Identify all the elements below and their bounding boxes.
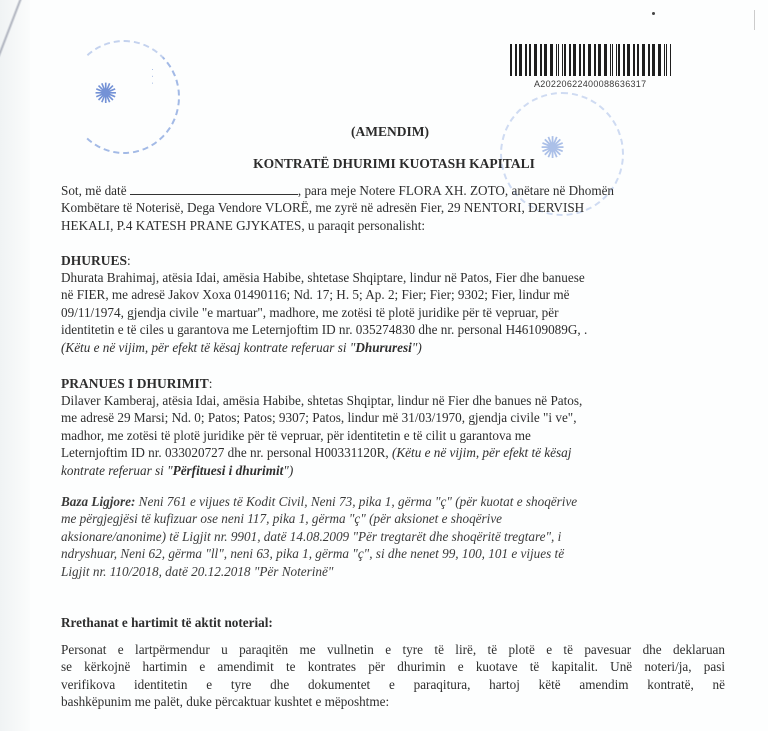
intro-paragraph: Sot, më datë , para meje Notere FLORA XH… [61, 182, 721, 234]
recipient-heading: PRANUES I DHURIMIT: [61, 375, 721, 392]
legal-basis-line: ndryshuar, Neni 62, gërma "ll", neni 63,… [61, 545, 721, 562]
recipient-line: Leternjoftim ID nr. 033020727 dhe nr. pe… [61, 444, 721, 461]
circumstances-line: bashkëpunim me palët, duke përcaktuar ku… [61, 693, 725, 710]
donor-reference-term: Dhururesi [355, 340, 411, 355]
legal-basis-line: aksionare/anonime) të Ligjit nr. 9901, d… [61, 528, 721, 545]
recipient-reference: kontrate referuar si "Përfituesi i dhuri… [61, 462, 721, 479]
intro-line3: HEKALI, P.4 KATESH PRANE GJYKATES, u par… [61, 217, 721, 234]
legal-basis-line: me përgjegjësi të kufizuar ose neni 117,… [61, 510, 721, 527]
circumstances-line: se kërkojnë hartimin e amendimit te kont… [61, 658, 725, 675]
eagle-emblem-icon: ✺ [94, 80, 117, 108]
recipient-reference-term: Përfituesi i dhurimit [173, 463, 284, 478]
legal-basis: Baza Ligjore: Neni 761 e vijues të Kodit… [61, 493, 721, 580]
date-blank-field [130, 182, 298, 195]
donor-line: identitetin e të ciles u garantova me Le… [61, 321, 721, 338]
document-page: ✺ · · · ✺ A20220622400088636317 (AMENDIM… [0, 0, 768, 731]
circumstances-line: Personat e lartpërmendur u paraqitën me … [61, 641, 725, 658]
donor-line: në FIER, me adresë Jakov Xoxa 01490116; … [61, 286, 721, 303]
intro-prefix: Sot, më datë [61, 183, 127, 198]
donor-line: 09/11/1974, gjendja civile "e martuar", … [61, 304, 721, 321]
circumstances-line: verifikova identitetin e tyre dhe dokume… [61, 676, 725, 693]
legal-basis-label: Baza Ligjore: [61, 494, 135, 509]
circumstances-paragraph: Personat e lartpërmendur u paraqitën me … [61, 641, 725, 711]
intro-line1: , para meje Notere FLORA XH. ZOTO, anëta… [298, 183, 614, 198]
intro-line2: Kombëtare të Noterisë, Dega Vendore VLOR… [61, 199, 721, 216]
page-edge [0, 0, 30, 731]
donor-reference: (Këtu e në vijim, për efekt të kësaj kon… [61, 339, 721, 356]
scan-edge-mark [754, 10, 755, 30]
donor-line: Dhurata Brahimaj, atësia Idai, amësia Ha… [61, 269, 721, 286]
donor-details: Dhurata Brahimaj, atësia Idai, amësia Ha… [61, 269, 721, 356]
amendment-label: (AMENDIM) [6, 124, 768, 140]
donor-heading: DHURUES: [61, 252, 721, 269]
recipient-line: madhor, me zotësi të plotë juridike për … [61, 427, 721, 444]
stamp-text-left: · · · [148, 68, 157, 85]
circumstances-heading: Rrethanat e hartimit të aktit noterial: [61, 614, 721, 631]
legal-basis-line: Ligjit nr. 110/2018, datë 20.12.2018 "Pë… [61, 563, 721, 580]
recipient-line: me adresë 29 Marsi; Nd. 0; Patos; Patos;… [61, 409, 721, 426]
scan-speck [652, 12, 655, 15]
barcode [510, 44, 680, 76]
document-title: KONTRATË DHURIMI KUOTASH KAPITALI [10, 156, 768, 172]
recipient-line: Dilaver Kamberaj, atësia Idai, amësia Ha… [61, 392, 721, 409]
recipient-details: Dilaver Kamberaj, atësia Idai, amësia Ha… [61, 392, 721, 479]
barcode-number: A20220622400088636317 [534, 79, 646, 89]
